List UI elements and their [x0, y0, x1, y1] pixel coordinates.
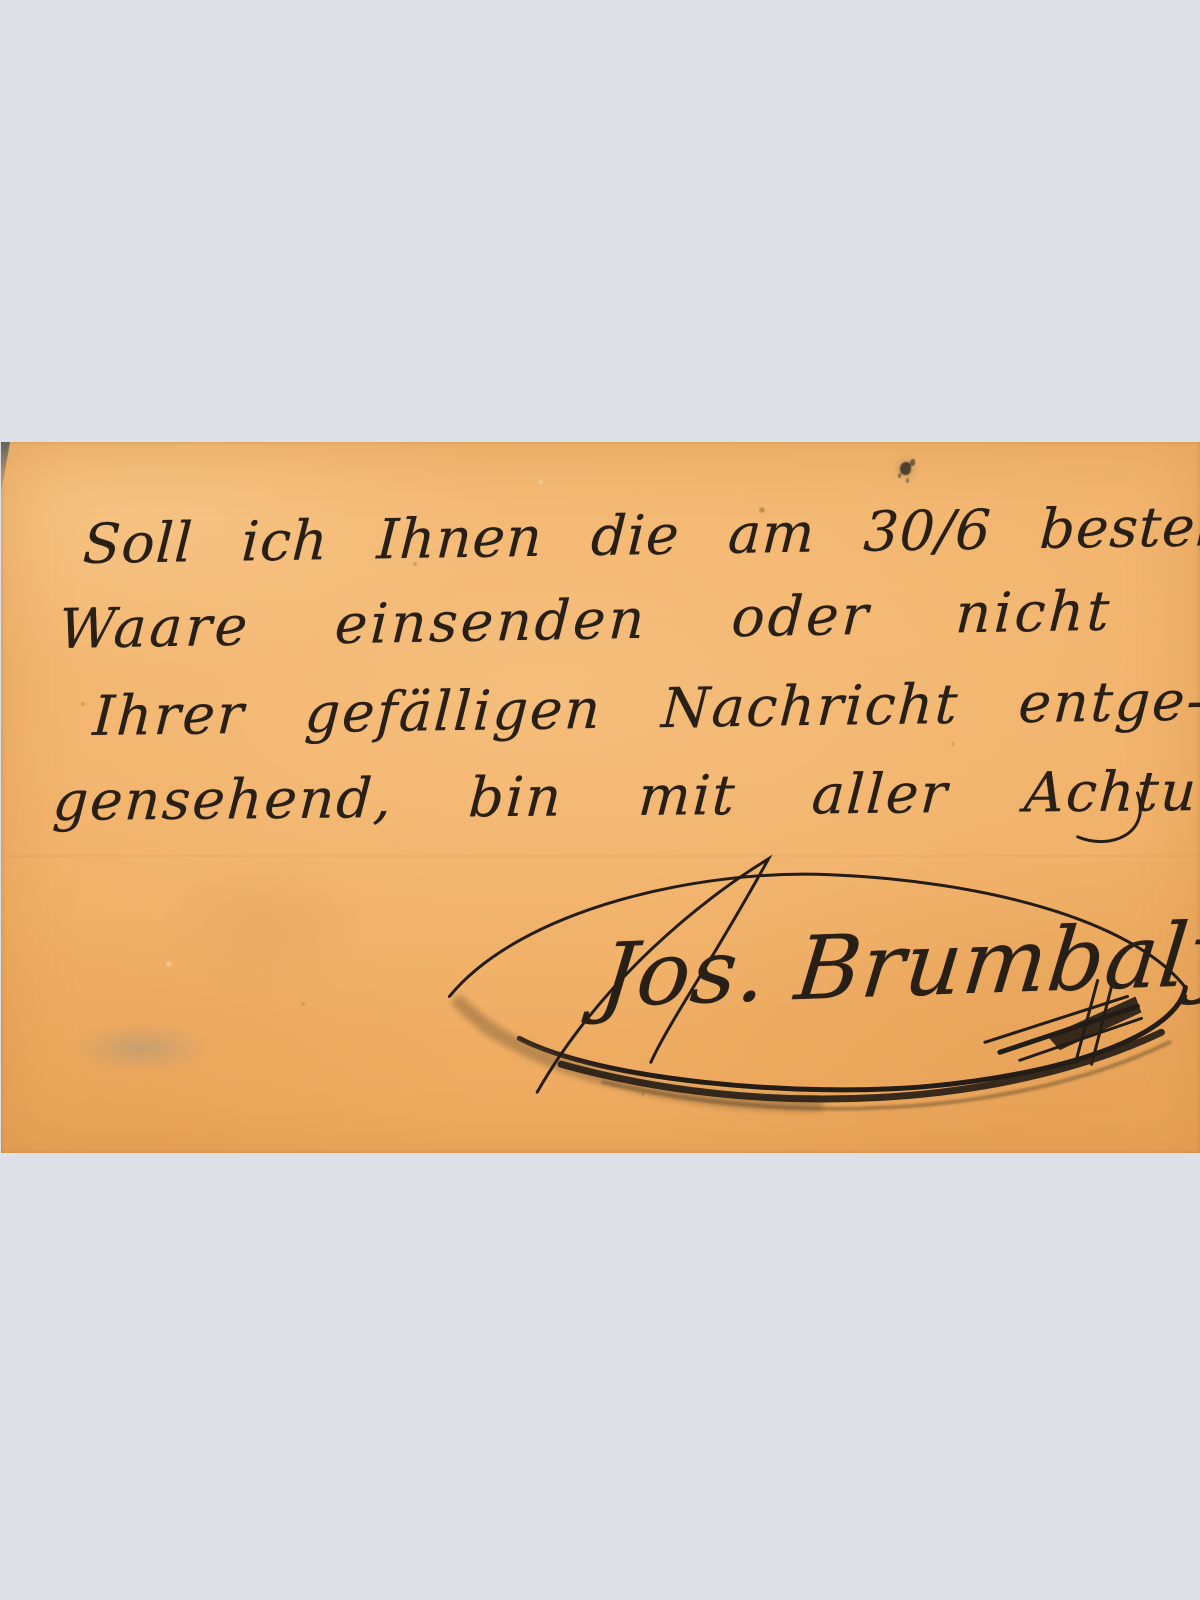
flourish-underline: [561, 1032, 1161, 1099]
handwriting-line-4: gensehend, bin mit aller Achtung: [51, 758, 1200, 833]
pencil-smudge: [73, 1024, 208, 1072]
nib-hatch-3: [1020, 1018, 1142, 1060]
scan-background: Soll ich Ihnen die am 30/6 bestellte Waa…: [0, 0, 1200, 1600]
ink-blot: [900, 462, 911, 475]
flourish-underline-echo: [603, 1042, 1169, 1108]
nib-hatch-2: [1000, 1006, 1138, 1052]
paper-stain: [163, 862, 363, 992]
signature-name: Jos. Brumbaly: [596, 902, 1200, 1027]
handwriting-line-3: Ihrer gefälligen Nachricht entge-: [91, 668, 1200, 748]
corner-tear: [1, 442, 10, 494]
handwriting-line-2: Waare einsenden oder nicht ?: [57, 577, 1200, 661]
handwriting-line-1: Soll ich Ihnen die am 30/6 bestellte: [81, 493, 1200, 576]
postcard: Soll ich Ihnen die am 30/6 bestellte Waa…: [1, 442, 1200, 1153]
